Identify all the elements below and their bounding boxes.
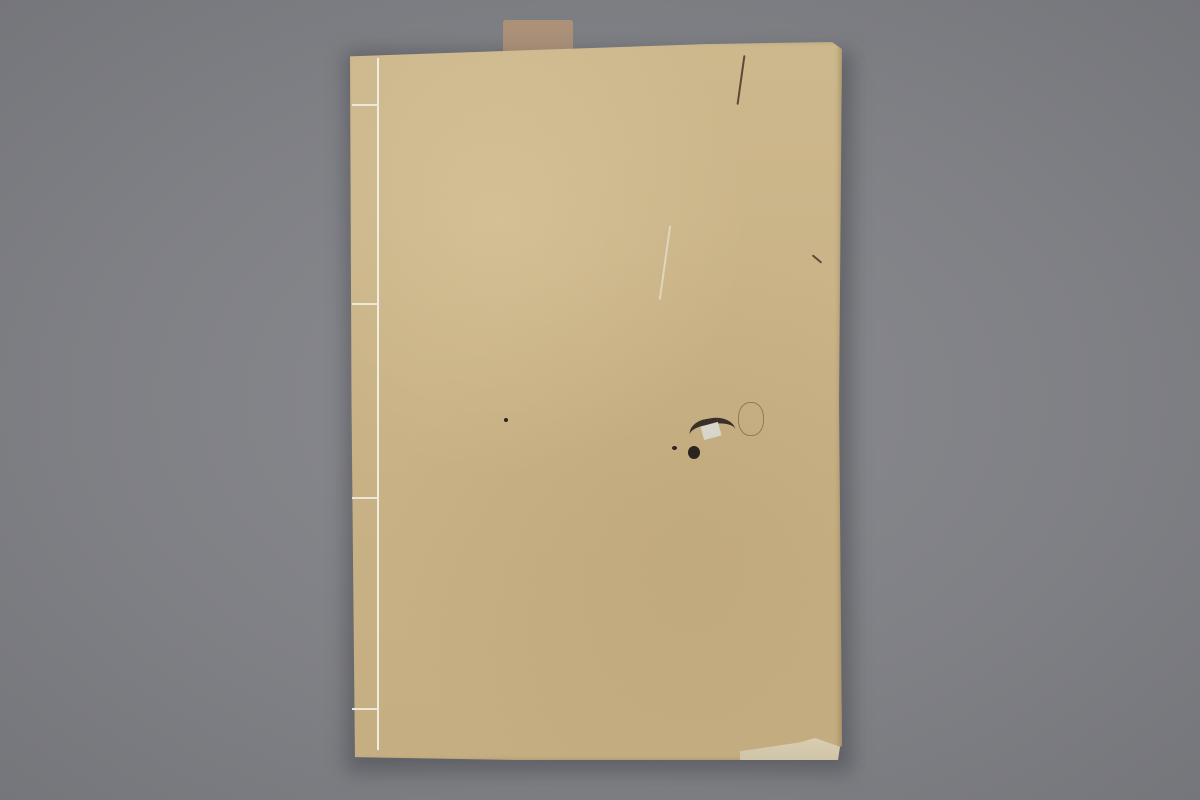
- ink-spot: [672, 446, 677, 450]
- book-cover: [350, 42, 842, 760]
- binding-thread: [377, 58, 379, 750]
- binding-stitch: [352, 303, 378, 305]
- binding-stitch: [352, 497, 378, 499]
- binding-stitch: [352, 104, 378, 106]
- ink-stain: [688, 446, 700, 459]
- binding-stitch: [352, 708, 378, 710]
- photo-scene: [0, 0, 1200, 800]
- stain-ring: [738, 402, 764, 436]
- ink-spot: [504, 418, 508, 422]
